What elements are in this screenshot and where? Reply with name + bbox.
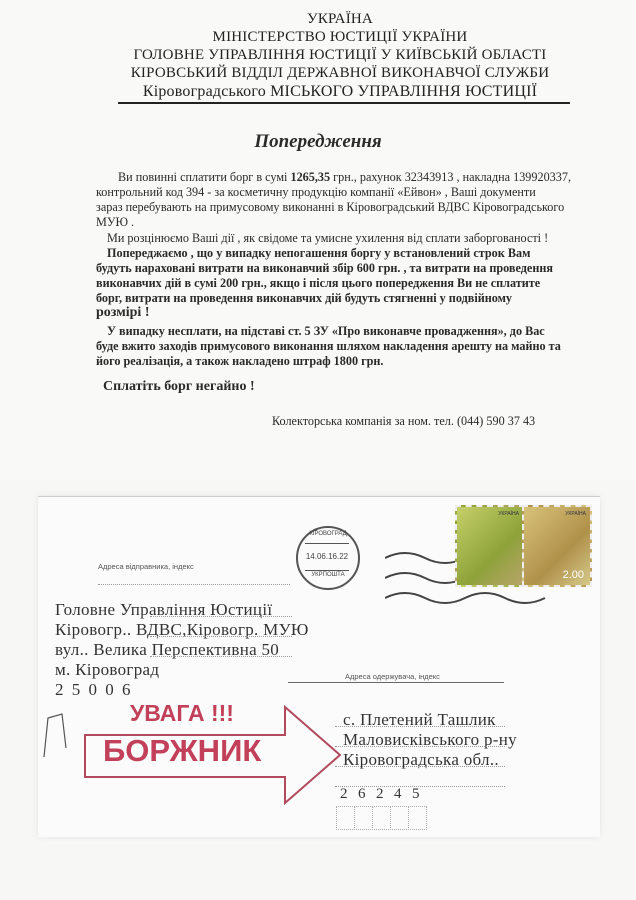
paragraph-warning-line3: виконавчих дій в сумі 200 грн., якщо і п… xyxy=(96,276,540,291)
sender-line-2: Кіровогр.. ВДВС,Кіровогр. МУЮ xyxy=(55,620,309,640)
zip-digit: 5 xyxy=(412,786,420,803)
recipient-address-label: Адреса одержувача, індекс xyxy=(345,672,440,681)
sender-line-divider xyxy=(98,584,290,585)
zip-digit: 2 xyxy=(376,786,384,803)
call-to-action: Сплатіть борг негайно ! xyxy=(103,380,255,395)
paragraph-evasion: Ми розцінюємо Ваші дії , як свідоме та у… xyxy=(107,231,548,246)
handwritten-mark-icon xyxy=(40,712,70,762)
sender-line-1: Головне Управління Юстиції xyxy=(55,600,272,620)
paragraph-warning-line1: Попереджаємо , що у випадку непогашення … xyxy=(107,246,530,261)
paragraph-enforcement-line1: У випадку несплати, на підставі ст. 5 ЗУ… xyxy=(107,324,545,339)
sender-line-3: вул.. Велика Перспективна 50 xyxy=(55,640,279,660)
stamp-country: УКРАЇНА xyxy=(565,511,586,517)
recipient-dotline xyxy=(335,726,505,727)
recipient-underline xyxy=(288,682,504,683)
debt-lead: Ви повинні сплатити борг в сумі xyxy=(118,170,290,184)
sender-address-label: Адреса відправника, індекс xyxy=(98,562,194,571)
warning-letter: УКРАЇНА МІНІСТЕРСТВО ЮСТИЦІЇ УКРАЇНИ ГОЛ… xyxy=(0,0,636,480)
letter-title: Попередження xyxy=(0,131,636,153)
header-division: КІРОВСЬКИЙ ВІДДІЛ ДЕРЖАВНОЇ ВИКОНАВЧОЇ С… xyxy=(100,66,580,81)
letter-header: УКРАЇНА МІНІСТЕРСТВО ЮСТИЦІЇ УКРАЇНИ ГОЛ… xyxy=(100,10,580,105)
postage-stamp-oak: УКРАЇНА 2.00 xyxy=(522,505,592,587)
warning-attention: УВАГА !!! xyxy=(130,700,234,727)
paragraph-debt-line1: Ви повинні сплатити борг в сумі 1265,35 … xyxy=(118,170,571,185)
postmark-city: КІРОВОГРАД xyxy=(298,531,358,537)
debt-amount: 1265,35 xyxy=(290,170,330,184)
header-city-department: Кіровоградського МІСЬКОГО УПРАВЛІННЯ ЮСТ… xyxy=(100,84,580,99)
postmark-bottom: УКРПОШТА xyxy=(298,572,358,578)
postmark-date: 14.06.16.22 xyxy=(306,552,348,561)
paragraph-enforcement-line2: буде вжито заходів примусового виконання… xyxy=(96,339,561,354)
zip-digit: 4 xyxy=(394,786,402,803)
recipient-dotline xyxy=(335,746,505,747)
recipient-line-2: Маловисківського р-ну xyxy=(343,730,517,750)
stamp-country: УКРАЇНА xyxy=(498,511,519,517)
warning-debtor: БОРЖНИК xyxy=(103,733,261,769)
sender-dotline xyxy=(150,616,292,617)
header-divider xyxy=(118,102,570,104)
header-country: УКРАЇНА xyxy=(100,12,580,27)
postage-stamp-walnut: УКРАЇНА xyxy=(455,505,525,587)
header-main-department: ГОЛОВНЕ УПРАВЛІННЯ ЮСТИЦІЇ У КИЇВСЬКІЙ О… xyxy=(100,48,580,63)
collector-signature: Колекторська компанія за ном. тел. (044)… xyxy=(272,414,535,429)
paragraph-warning-line2: будуть нараховані витрати на виконавчий … xyxy=(96,261,553,276)
sender-dotline xyxy=(150,656,292,657)
header-ministry: МІНІСТЕРСТВО ЮСТИЦІЇ УКРАЇНИ xyxy=(100,30,580,45)
paragraph-debt-line3: зараз перебувають на примусовому виконан… xyxy=(96,200,564,215)
recipient-line-3: Кіровоградська обл.. xyxy=(343,750,499,770)
debt-details: грн., рахунок 32343913 , накладна 139920… xyxy=(330,170,571,184)
recipient-dotline xyxy=(335,766,505,767)
stamp-value: 2.00 xyxy=(563,569,584,581)
postmark-stamp: КІРОВОГРАД 14.06.16.22 УКРПОШТА xyxy=(296,526,360,590)
sender-line-4: м. Кіровоград xyxy=(55,660,159,680)
paragraph-debt-line2: контрольний код 394 - за косметичну прод… xyxy=(96,185,536,200)
sender-dotline xyxy=(150,636,292,637)
paragraph-enforcement-line3: його реалізація, а також накладено штраф… xyxy=(96,354,383,369)
sender-zip: 2 5 0 0 6 xyxy=(55,680,133,700)
recipient-line-1: с. Плетений Ташлик xyxy=(343,710,496,730)
paragraph-warning-line5: розмірі ! xyxy=(96,306,149,321)
paragraph-debt-line4: МУЮ . xyxy=(96,215,134,230)
zip-digit: 6 xyxy=(358,786,366,803)
paragraph-warning-line4: борг, витрати на проведення виконавчих д… xyxy=(96,291,512,306)
